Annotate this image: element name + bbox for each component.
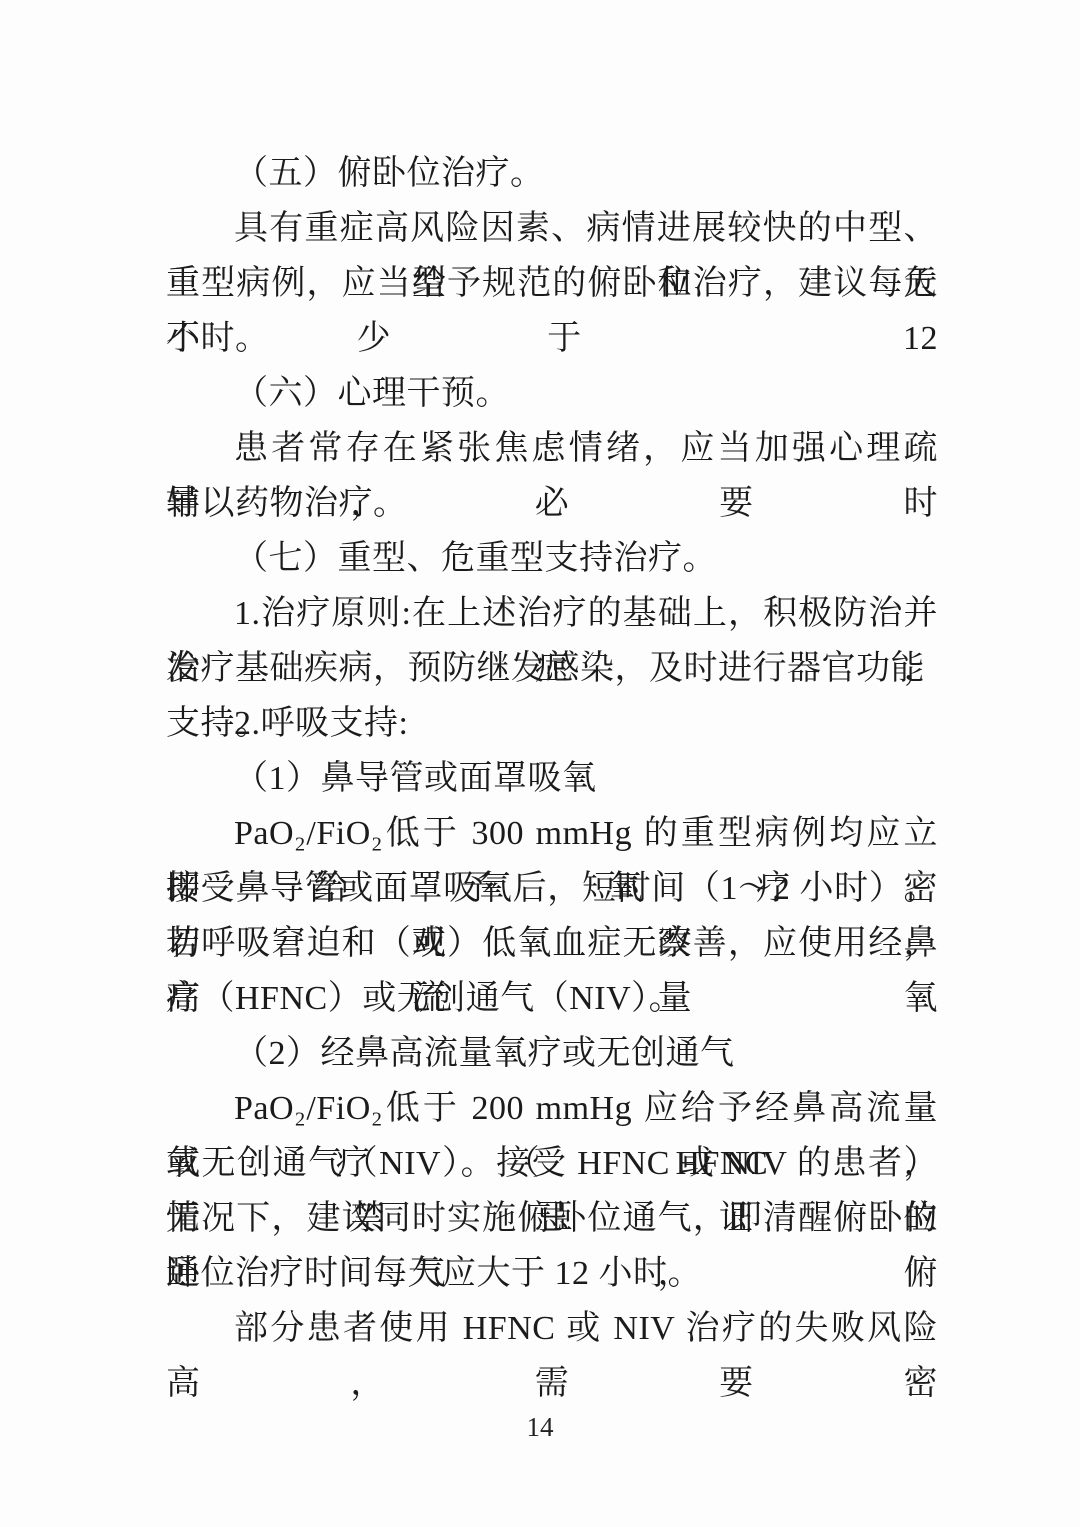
text-line: 治疗基础疾病，预防继发感染，及时进行器官功能支持。	[166, 641, 938, 696]
section-heading-line: （七）重型、危重型支持治疗。	[166, 531, 938, 586]
page-number: 14	[0, 1406, 1080, 1448]
text-line: 1.治疗原则:在上述治疗的基础上，积极防治并发症，	[166, 586, 938, 641]
text-line: 若呼吸窘迫和（或）低氧血症无改善，应使用经鼻高流量氧	[166, 916, 938, 971]
text-line: 重型病例，应当给予规范的俯卧位治疗，建议每天不少于 12	[166, 256, 938, 311]
text-line: （2）经鼻高流量氧疗或无创通气	[166, 1026, 938, 1081]
text-line: 接受鼻导管或面罩吸氧后，短时间（1～2 小时）密切观察，	[166, 861, 938, 916]
section-heading-line: （六）心理干预。	[166, 366, 938, 421]
text-line: 2.呼吸支持:	[166, 696, 938, 751]
text-line: PaO₂/FiO₂低于 200 mmHg 应给予经鼻高流量氧疗（HFNC）	[166, 1081, 938, 1136]
document-body: （五）俯卧位治疗。具有重症高风险因素、病情进展较快的中型、重型和危重型病例，应当…	[166, 146, 938, 1356]
text-line: 具有重症高风险因素、病情进展较快的中型、重型和危	[166, 201, 938, 256]
text-line: （1）鼻导管或面罩吸氧	[166, 751, 938, 806]
text-line: 情况下，建议同时实施俯卧位通气，即清醒俯卧位通气，俯	[166, 1191, 938, 1246]
text-line: 部分患者使用 HFNC 或 NIV 治疗的失败风险高，需要密	[166, 1301, 938, 1356]
section-heading-line: （五）俯卧位治疗。	[166, 146, 938, 201]
text-line: 患者常存在紧张焦虑情绪，应当加强心理疏导，必要时	[166, 421, 938, 476]
document-page: （五）俯卧位治疗。具有重症高风险因素、病情进展较快的中型、重型和危重型病例，应当…	[0, 0, 1080, 1527]
text-line: 或无创通气（NIV）。接受 HFNC 或 NIV 的患者，无禁忌证的	[166, 1136, 938, 1191]
text-line: PaO₂/FiO₂低于 300 mmHg 的重型病例均应立即给予氧疗。	[166, 806, 938, 861]
